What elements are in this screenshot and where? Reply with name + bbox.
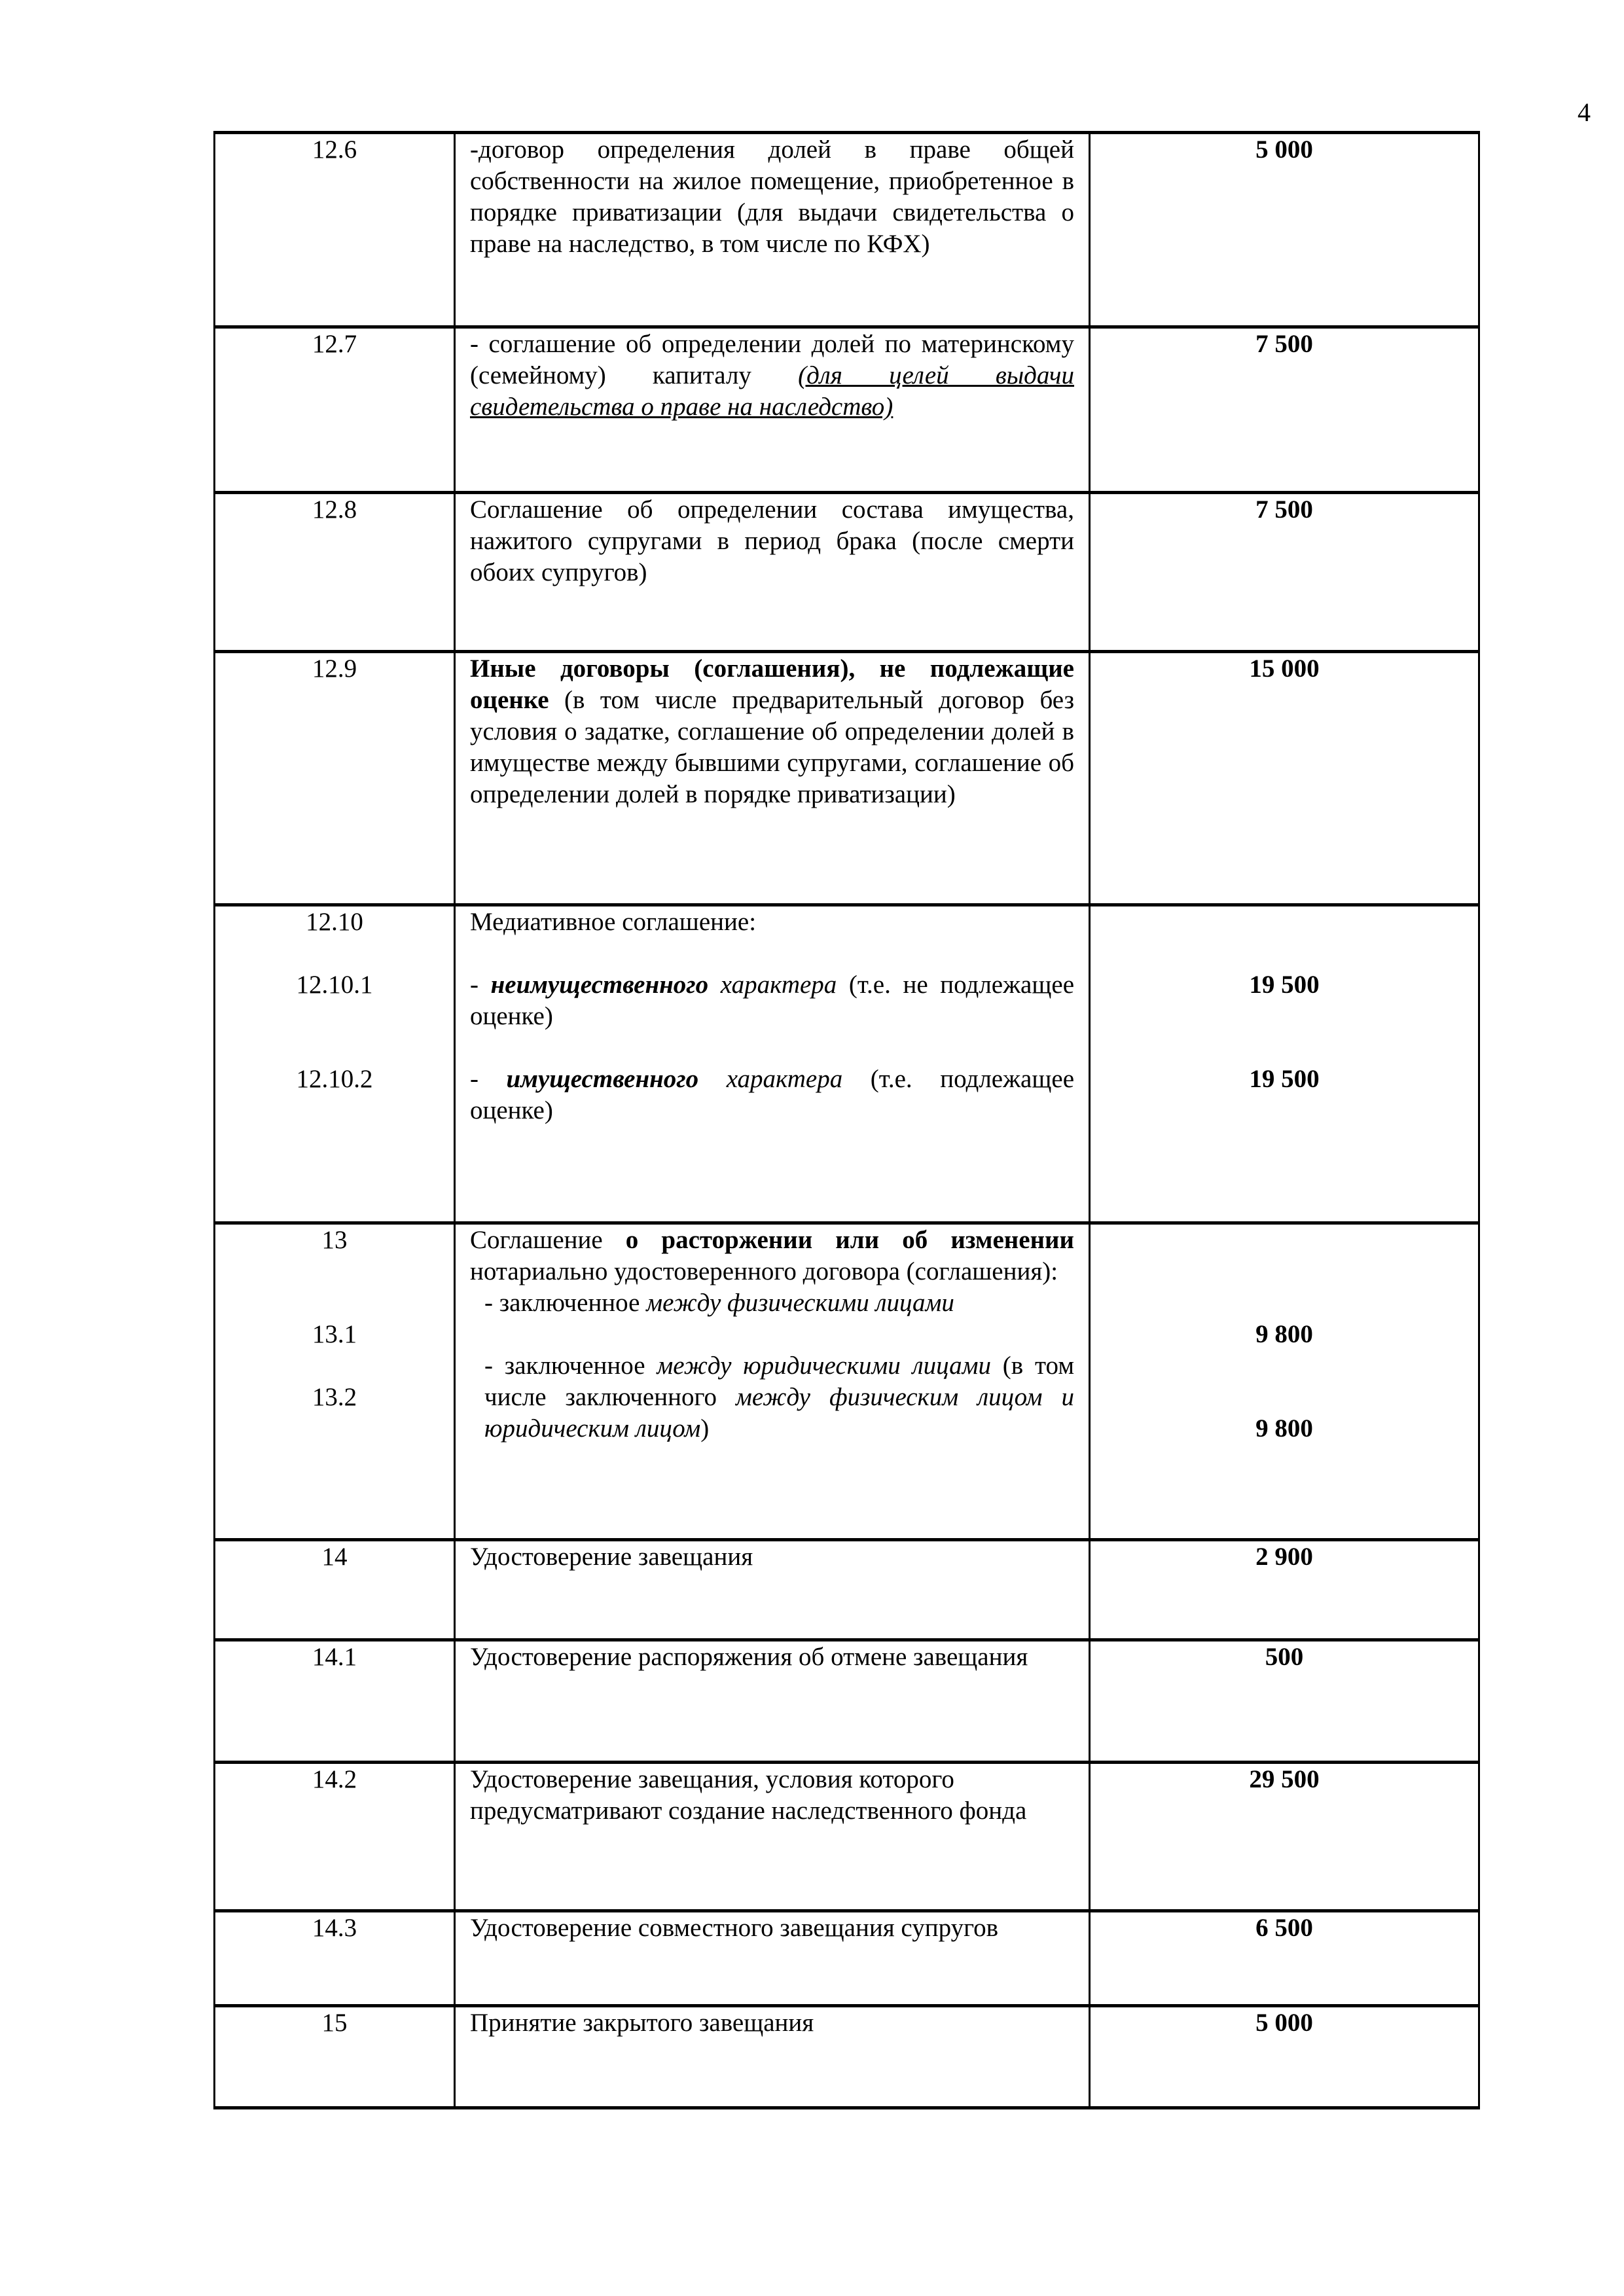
- item-description: Соглашение о расторжении или об изменени…: [455, 1223, 1090, 1540]
- item-description: Удостоверение завещания: [455, 1540, 1090, 1640]
- item-description: Удостоверение завещания, условия которог…: [455, 1763, 1090, 1911]
- item-number: 12.6: [215, 133, 455, 327]
- item-fee: 29 500: [1090, 1763, 1479, 1911]
- item-fee: 5 000: [1090, 133, 1479, 327]
- sub-item-fee: 9 800: [1091, 1413, 1478, 1444]
- item-fee: 2 900: [1090, 1540, 1479, 1640]
- item-fee: 19 500 19 500: [1090, 905, 1479, 1223]
- sub-item-number: 13.2: [215, 1382, 454, 1413]
- table-row: 12.6 -договор определения долей в праве …: [215, 133, 1479, 327]
- item-number: 14: [215, 1540, 455, 1640]
- table-row: 12.9 Иные договоры (соглашения), не подл…: [215, 652, 1479, 905]
- table-row: 14.3 Удостоверение совместного завещания…: [215, 1911, 1479, 2006]
- table-row: 14.1 Удостоверение распоряжения об отмен…: [215, 1640, 1479, 1763]
- item-number: 14.2: [215, 1763, 455, 1911]
- item-fee: 500: [1090, 1640, 1479, 1763]
- sub-item-number: 13.1: [215, 1319, 454, 1350]
- notary-fee-table: 12.6 -договор определения долей в праве …: [213, 131, 1480, 2109]
- item-fee: 6 500: [1090, 1911, 1479, 2006]
- sub-item-fee: 19 500: [1091, 969, 1478, 1001]
- item-number: 12.9: [215, 652, 455, 905]
- item-description: -договор определения долей в праве общей…: [455, 133, 1090, 327]
- table-row: 14 Удостоверение завещания 2 900: [215, 1540, 1479, 1640]
- sub-item-number: 12.10.2: [215, 1064, 454, 1095]
- item-description: Удостоверение совместного завещания супр…: [455, 1911, 1090, 2006]
- item-description: Медиативное соглашение: - неимущественно…: [455, 905, 1090, 1223]
- item-number: 12.7: [215, 327, 455, 493]
- item-number: 13 13.1 13.2: [215, 1223, 455, 1540]
- item-number: 12.8: [215, 493, 455, 652]
- sub-item-fee: 9 800: [1091, 1319, 1478, 1350]
- page-number: 4: [1578, 99, 1591, 126]
- table-row: 12.7 - соглашение об определении долей п…: [215, 327, 1479, 493]
- table-row: 13 13.1 13.2 Соглашение о расторжении ил…: [215, 1223, 1479, 1540]
- item-number: 15: [215, 2006, 455, 2108]
- item-description: Принятие закрытого завещания: [455, 2006, 1090, 2108]
- sub-item-description: - неимущественного характера (т.е. не по…: [470, 969, 1074, 1032]
- item-description: - соглашение об определении долей по мат…: [455, 327, 1090, 493]
- item-description: Соглашение об определении состава имущес…: [455, 493, 1090, 652]
- sub-item-description: - имущественного характера (т.е. подлежа…: [470, 1064, 1074, 1126]
- sub-item-fee: 19 500: [1091, 1064, 1478, 1095]
- item-fee: 7 500: [1090, 327, 1479, 493]
- item-number: 14.3: [215, 1911, 455, 2006]
- table-row: 14.2 Удостоверение завещания, условия ко…: [215, 1763, 1479, 1911]
- item-fee: 7 500: [1090, 493, 1479, 652]
- sub-item-number: 12.10.1: [215, 969, 454, 1001]
- item-fee: 15 000: [1090, 652, 1479, 905]
- table-row: 15 Принятие закрытого завещания 5 000: [215, 2006, 1479, 2108]
- table-row: 12.10 12.10.1 12.10.2 Медиативное соглаш…: [215, 905, 1479, 1223]
- item-description: Иные договоры (соглашения), не подлежащи…: [455, 652, 1090, 905]
- item-fee: 5 000: [1090, 2006, 1479, 2108]
- item-fee: 9 800 9 800: [1090, 1223, 1479, 1540]
- sub-item-description: - заключенное между юридическими лицами …: [470, 1350, 1074, 1444]
- table-row: 12.8 Соглашение об определении состава и…: [215, 493, 1479, 652]
- item-number: 14.1: [215, 1640, 455, 1763]
- item-description: Удостоверение распоряжения об отмене зав…: [455, 1640, 1090, 1763]
- sub-item-description: - заключенное между физическими лицами: [470, 1287, 1074, 1319]
- item-number: 12.10 12.10.1 12.10.2: [215, 905, 455, 1223]
